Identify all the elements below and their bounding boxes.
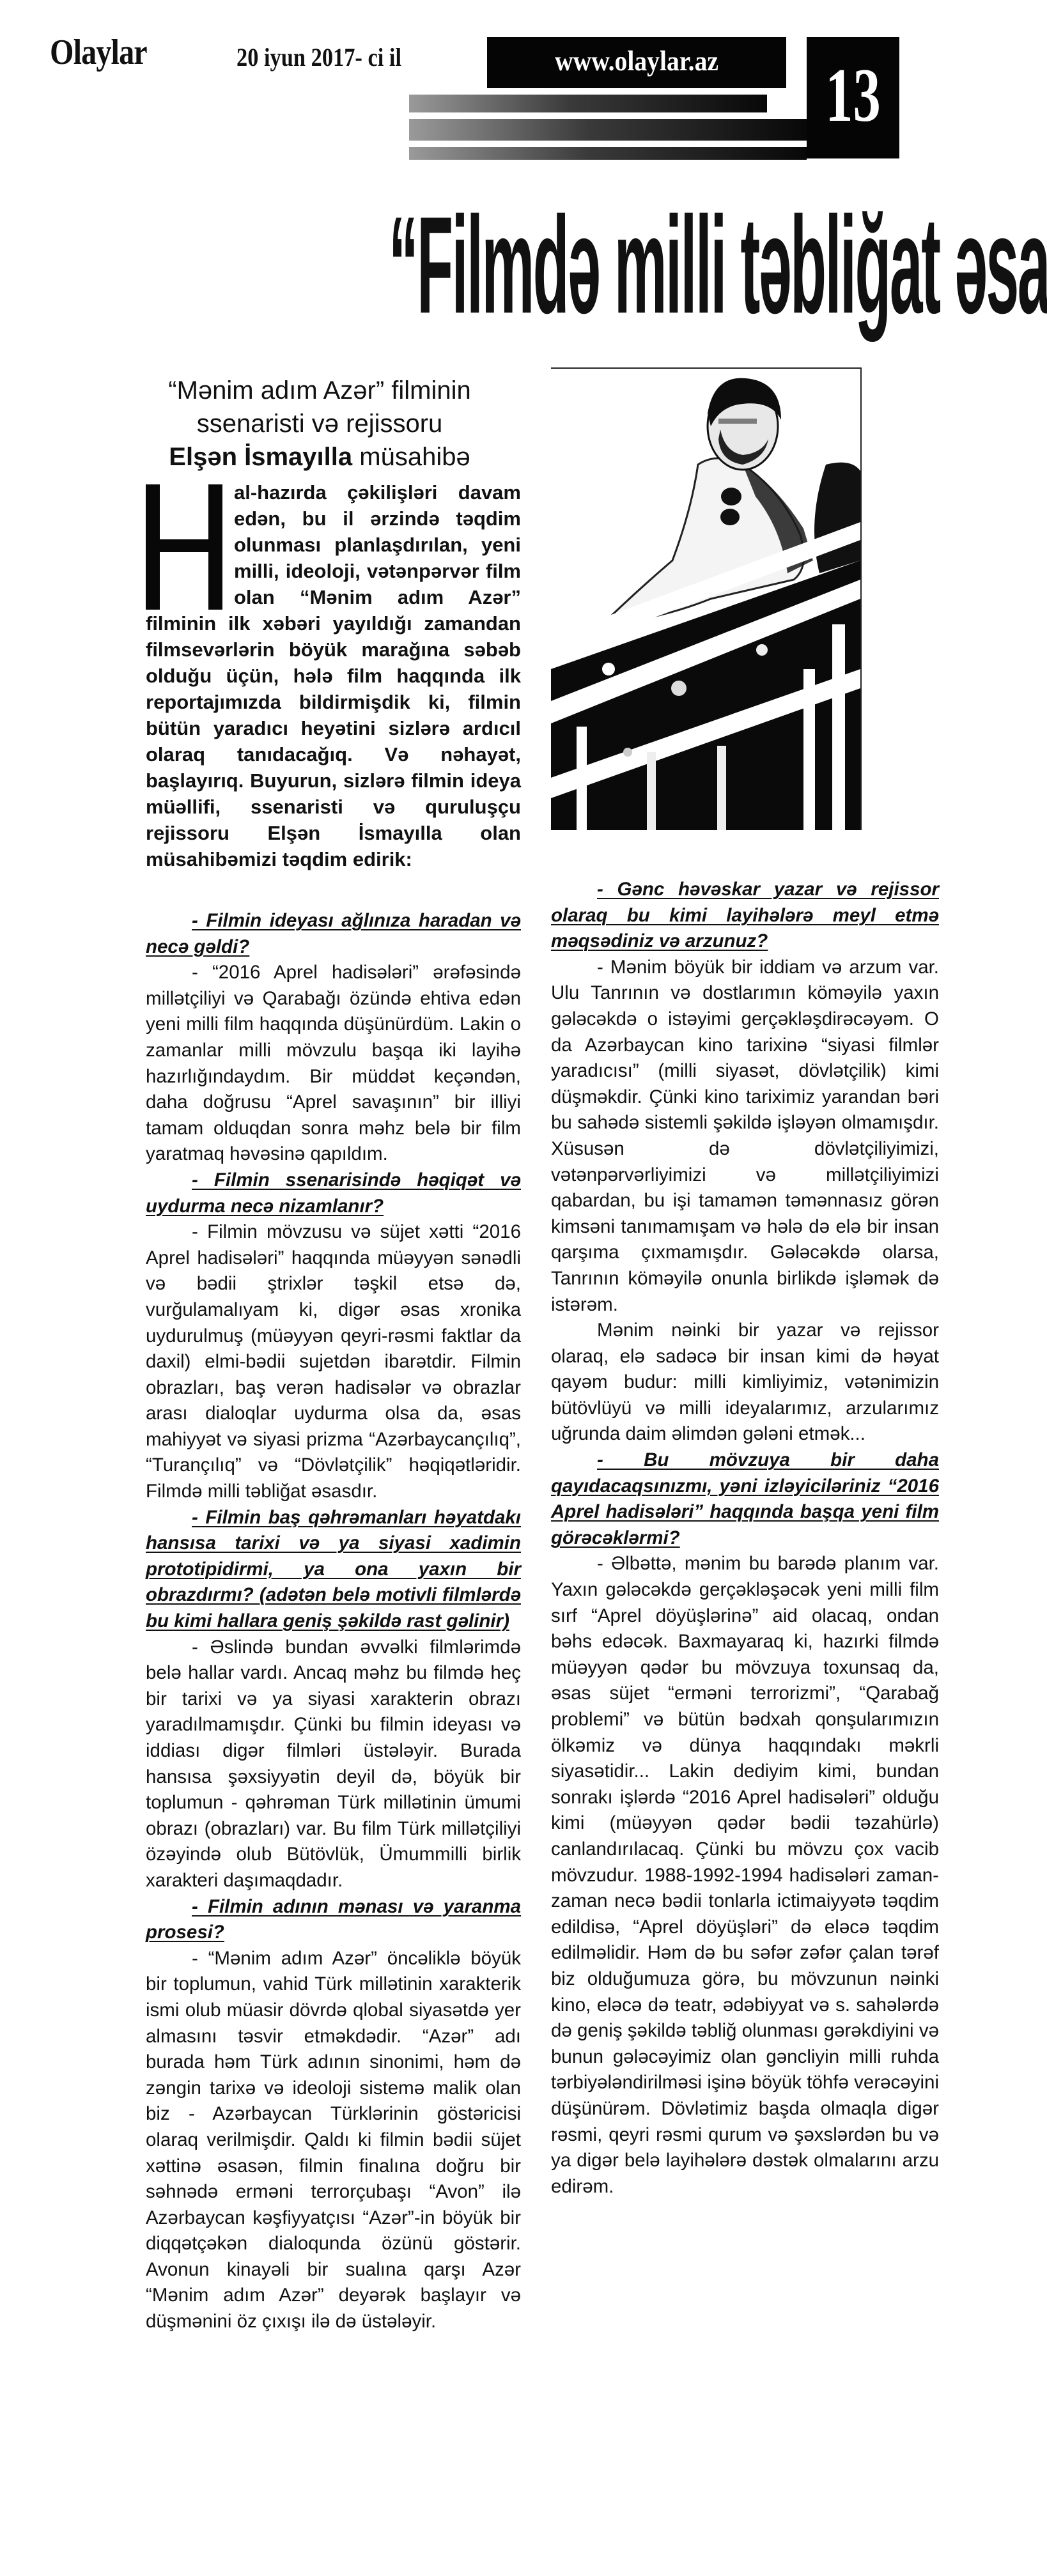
newspaper-name: Olaylar (50, 32, 147, 73)
issue-date: 20 iyun 2017- ci il (237, 42, 401, 72)
article-column-right: - Gənc həvəskar yazar və rejissor olaraq… (551, 877, 939, 2200)
stripe (409, 119, 807, 141)
interview-answer: Mənim nəinki bir yazar və rejissor olara… (551, 1318, 939, 1447)
article-deck: “Mənim adım Azər” filminin ssenaristi və… (115, 374, 524, 474)
stripe (409, 147, 807, 160)
deck-line: “Mənim adım Azər” filminin (115, 374, 524, 407)
deck-line: Elşən İsmayılla müsahibə (115, 440, 524, 474)
website-url: www.olaylar.az (502, 45, 771, 77)
interview-answer: - Mənim böyük bir iddiam və arzum var. U… (551, 955, 939, 1318)
website-banner: www.olaylar.az (487, 37, 786, 88)
deck-suffix: müsahibə (352, 443, 470, 471)
deck-line: ssenaristi və rejissoru (115, 407, 524, 440)
interview-question: - Filmin ssenarisində həqiqət və uydurma… (146, 1168, 521, 1219)
article-column-left: H al-hazırda çəkilişləri davam edən, bu … (146, 479, 521, 2335)
drop-cap-letter-icon: H (146, 484, 222, 610)
masthead: Olaylar 20 iyun 2017- ci il www.olaylar.… (0, 0, 1047, 166)
interview-answer: - Əlbəttə, mənim bu barədə planım var. Y… (551, 1551, 939, 2200)
stripe (409, 95, 767, 112)
headline-text: “Filmdə milli təbliğat əsasdır” (389, 162, 1047, 369)
lead-paragraph: H al-hazırda çəkilişləri davam edən, bu … (146, 479, 521, 872)
article-headline: “Filmdə milli təbliğat əsasdır” (102, 189, 984, 342)
interview-question: - Bu mövzuya bir daha qayıdacaqsınızmı, … (551, 1447, 939, 1551)
photo-image (551, 369, 860, 830)
page-number-badge: 13 (807, 37, 899, 158)
drop-cap: H (146, 484, 222, 610)
interview-question: - Gənc həvəskar yazar və rejissor olaraq… (551, 877, 939, 955)
interview-answer: - Əslində bundan əvvəlki filmlərimdə bel… (146, 1635, 521, 1894)
page-number: 13 (819, 51, 886, 139)
interview-answer: - “Mənim adım Azər” öncəliklə böyük bir … (146, 1946, 521, 2335)
decorative-stripes (409, 95, 807, 160)
interview-question: - Filmin ideyası ağlınıza haradan və nec… (146, 908, 521, 960)
interview-question: - Filmin adının mənası və yaranma proses… (146, 1894, 521, 1946)
interviewee-name: Elşən İsmayılla (169, 443, 352, 471)
interviewee-photo (551, 367, 862, 830)
interview-answer: - “2016 Aprel hadisələri” ərəfəsində mil… (146, 960, 521, 1168)
interview-question: - Filmin baş qəhrəmanları həyatdakı hans… (146, 1505, 521, 1635)
interview-answer: - Filmin mövzusu və süjet xətti “2016 Ap… (146, 1219, 521, 1505)
